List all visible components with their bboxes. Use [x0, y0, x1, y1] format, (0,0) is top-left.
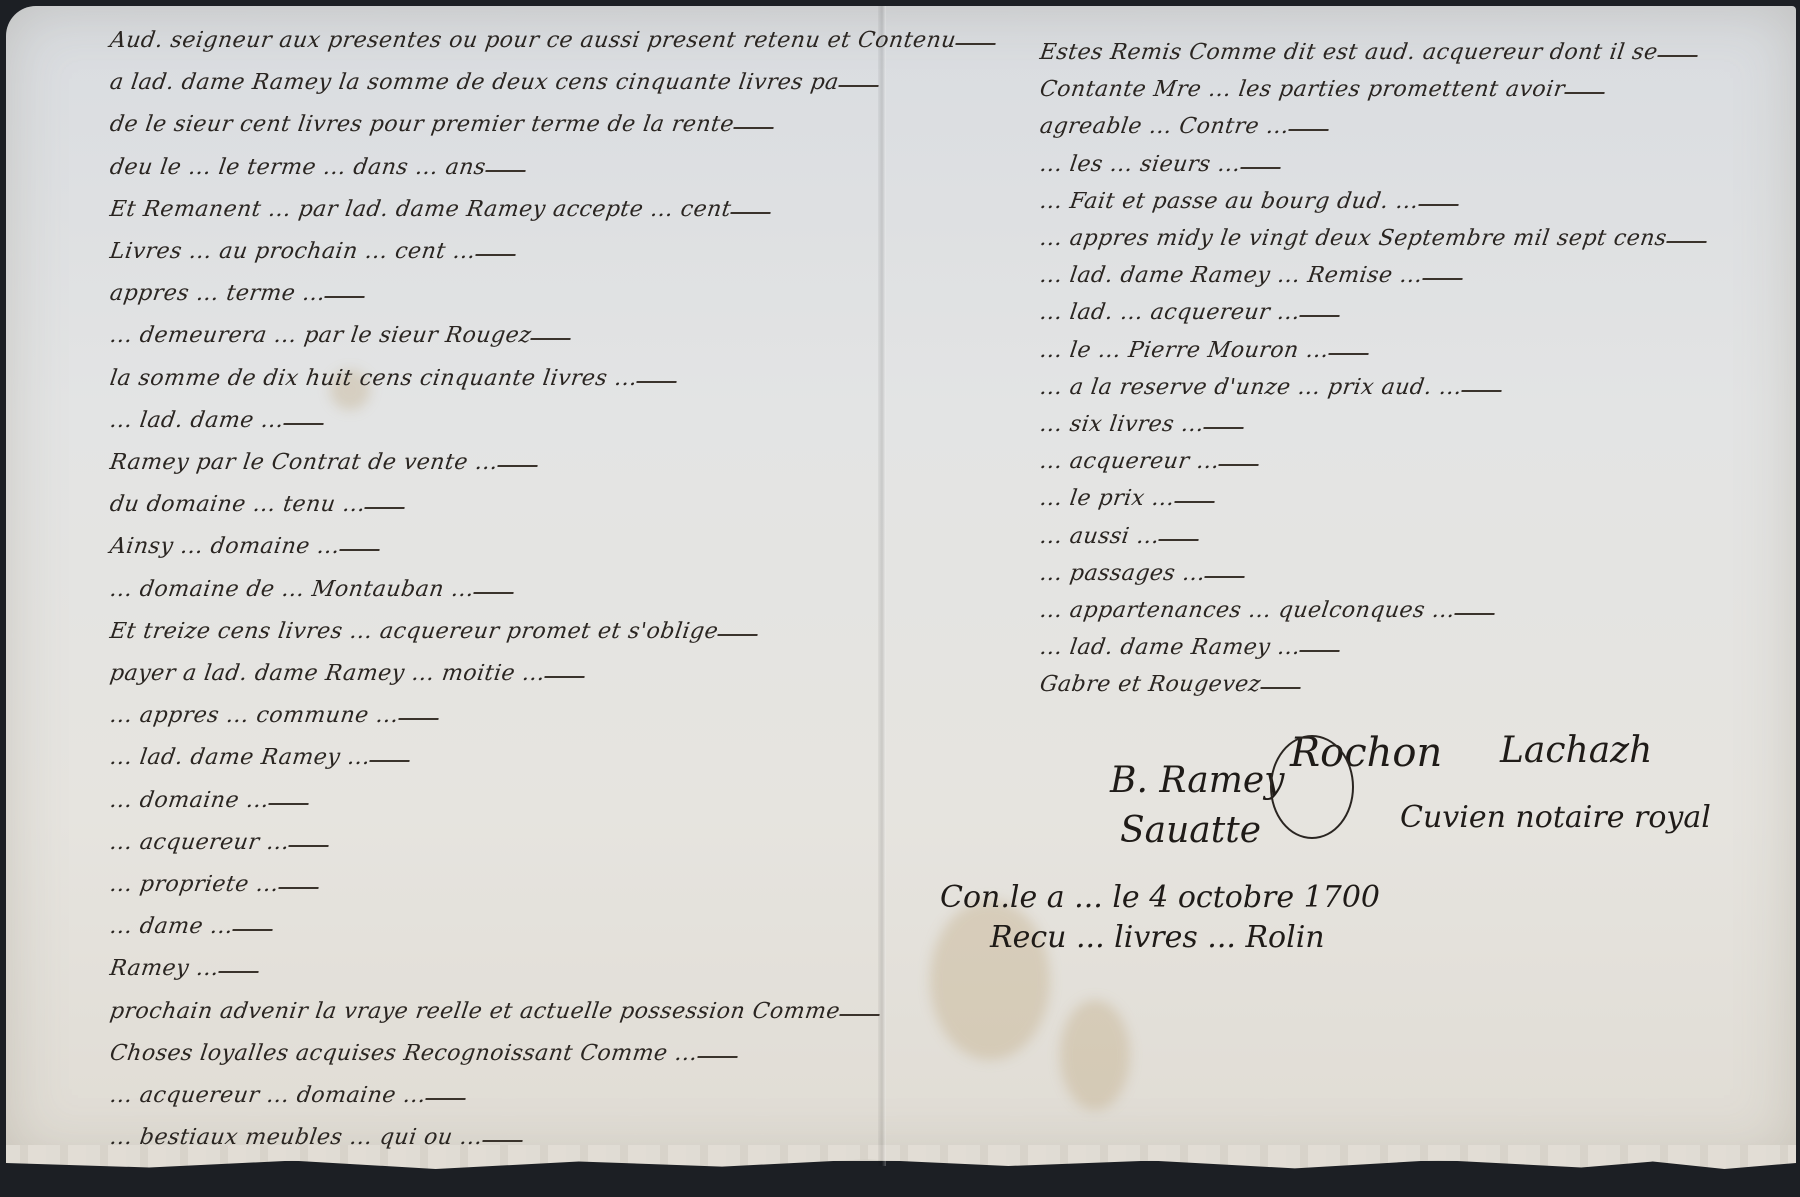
manuscript-line: ... domaine ... — [108, 788, 270, 813]
manuscript-line: Contante Mre ... les parties promettent … — [1038, 77, 1566, 102]
signature-sauatte: Sauatte — [1120, 810, 1261, 851]
manuscript-line: ... bestiaux meubles ... qui ou ... — [108, 1125, 484, 1150]
water-stain — [1060, 1000, 1130, 1110]
manuscript-line: ... passages ... — [1038, 561, 1207, 586]
manuscript-line: ... appres ... commune ... — [108, 703, 400, 728]
manuscript-line: ... lad. dame Ramey ... Remise ... — [1038, 263, 1424, 288]
manuscript-line: ... lad. dame Ramey ... — [108, 745, 372, 770]
manuscript-line: appres ... terme ... — [108, 281, 327, 306]
manuscript-line: de le sieur cent livres pour premier ter… — [108, 112, 735, 137]
control-note-line2: Recu ... livres ... Rolin — [990, 920, 1325, 955]
manuscript-line: payer a lad. dame Ramey ... moitie ... — [108, 661, 547, 686]
manuscript-line: ... dame ... — [108, 914, 235, 939]
manuscript-line: ... lad. ... acquereur ... — [1038, 300, 1302, 325]
manuscript-line: agreable ... Contre ... — [1038, 114, 1291, 139]
manuscript-line: ... Fait et passe au bourg dud. ... — [1038, 189, 1420, 214]
manuscript-line: ... lad. dame Ramey ... — [1038, 635, 1302, 660]
manuscript-line: ... acquereur ... — [108, 830, 291, 855]
manuscript-line: Gabre et Rougevez — [1038, 672, 1262, 697]
manuscript-line: Et treize cens livres ... acquereur prom… — [108, 619, 720, 644]
manuscript-line: ... propriete ... — [108, 872, 280, 897]
manuscript-line: ... demeurera ... par le sieur Rougez — [108, 323, 533, 348]
manuscript-line: Ramey ... — [108, 956, 220, 981]
manuscript-line: ... lad. dame ... — [108, 408, 285, 433]
manuscript-line: ... aussi ... — [1038, 524, 1161, 549]
control-note-line1: Con.le a ... le 4 octobre 1700 — [940, 880, 1380, 915]
manuscript-line: ... a la reserve d'unze ... prix aud. ..… — [1038, 375, 1463, 400]
manuscript-line: ... acquereur ... — [1038, 449, 1221, 474]
manuscript-line: a lad. dame Ramey la somme de deux cens … — [108, 70, 840, 95]
manuscript-line: Et Remanent ... par lad. dame Ramey acce… — [108, 197, 733, 222]
manuscript-line: Livres ... au prochain ... cent ... — [108, 239, 477, 264]
manuscript-line: ... appartenances ... quelconques ... — [1038, 598, 1456, 623]
manuscript-line: Estes Remis Comme dit est aud. acquereur… — [1038, 40, 1659, 65]
manuscript-line: ... acquereur ... domaine ... — [108, 1083, 427, 1108]
manuscript-line: la somme de dix huit cens cinquante livr… — [108, 366, 639, 391]
signature-notaire: Cuvien notaire royal — [1400, 800, 1711, 835]
manuscript-line: du domaine ... tenu ... — [108, 492, 367, 517]
manuscript-line: ... appres midy le vingt deux Septembre … — [1038, 226, 1668, 251]
manuscript-line: ... le ... Pierre Mouron ... — [1038, 338, 1330, 363]
manuscript-line: ... les ... sieurs ... — [1038, 152, 1242, 177]
manuscript-line: Ainsy ... domaine ... — [108, 534, 341, 559]
manuscript-line: ... le prix ... — [1038, 486, 1176, 511]
manuscript-line: ... domaine de ... Montauban ... — [108, 577, 475, 602]
manuscript-line: deu le ... le terme ... dans ... ans — [108, 155, 487, 180]
signature-lachazh: Lachazh — [1500, 730, 1652, 771]
signature-ramey: B. Ramey — [1110, 760, 1285, 801]
page-fold — [878, 6, 886, 1166]
manuscript-line: Choses loyalles acquises Recognoissant C… — [108, 1041, 699, 1066]
manuscript-line: prochain advenir la vraye reelle et actu… — [108, 999, 841, 1024]
manuscript-line: Aud. seigneur aux presentes ou pour ce a… — [108, 28, 957, 53]
signature-flourish — [1270, 735, 1354, 839]
manuscript-line: Ramey par le Contrat de vente ... — [108, 450, 499, 475]
manuscript-line: ... six livres ... — [1038, 412, 1206, 437]
